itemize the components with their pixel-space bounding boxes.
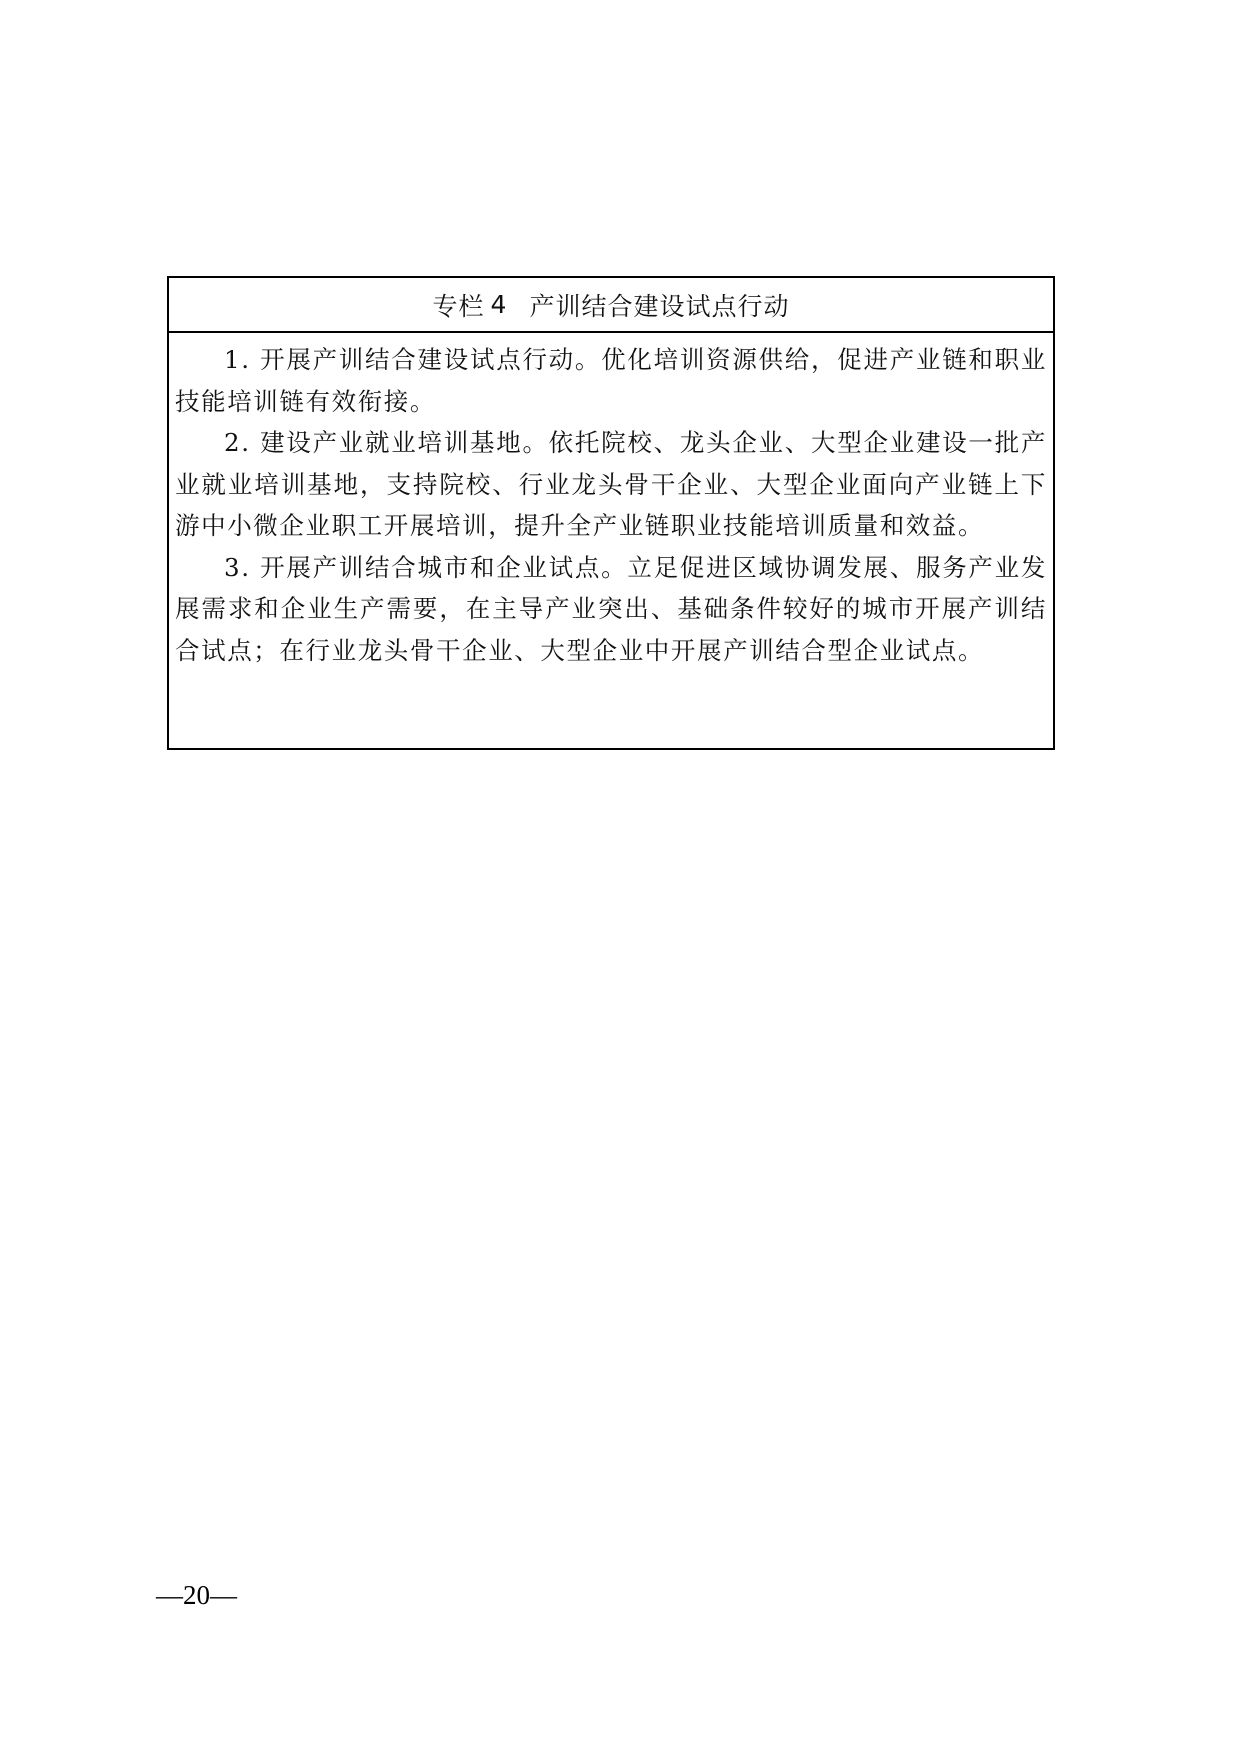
paragraph-3: 3. 开展产训结合城市和企业试点。立足促进区域协调发展、服务产业发展需求和企业生…	[175, 547, 1047, 672]
column-box: 专栏 4 产训结合建设试点行动 1. 开展产训结合建设试点行动。优化培训资源供给…	[167, 276, 1055, 750]
column-title-text: 产训结合建设试点行动	[529, 287, 789, 323]
paragraph-2: 2. 建设产业就业培训基地。依托院校、龙头企业、大型企业建设一批产业就业培训基地…	[175, 422, 1047, 547]
column-box-title: 专栏 4 产训结合建设试点行动	[169, 278, 1053, 333]
paragraph-1: 1. 开展产训结合建设试点行动。优化培训资源供给，促进产业链和职业技能培训链有效…	[175, 339, 1047, 422]
column-box-body: 1. 开展产训结合建设试点行动。优化培训资源供给，促进产业链和职业技能培训链有效…	[169, 333, 1053, 671]
document-page: 专栏 4 产训结合建设试点行动 1. 开展产训结合建设试点行动。优化培训资源供给…	[0, 0, 1235, 1749]
column-number: 4	[491, 290, 508, 319]
column-label: 专栏	[433, 287, 485, 323]
page-number: —20—	[156, 1580, 237, 1611]
